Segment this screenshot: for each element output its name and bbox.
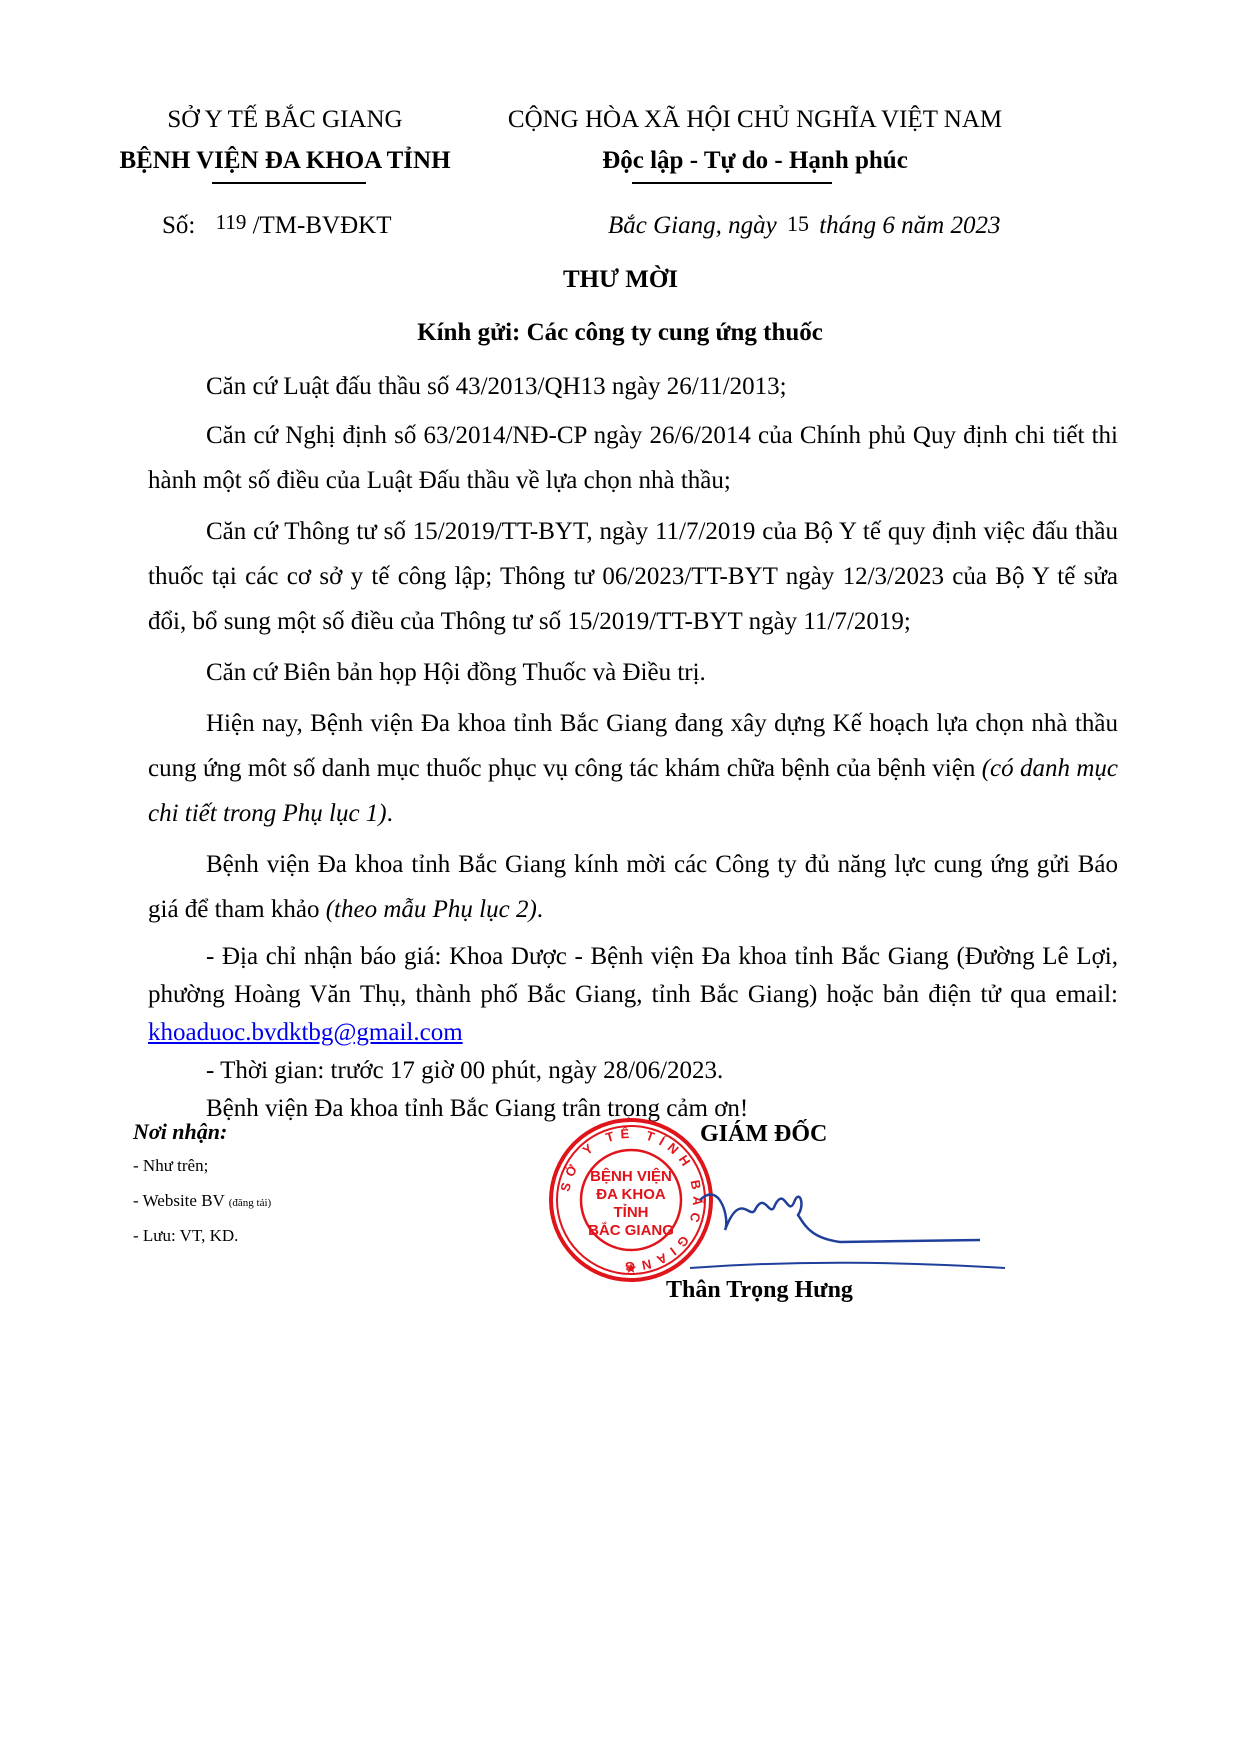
recipient-item: - Lưu: VT, KD. [133,1226,238,1246]
recipient-item: - Như trên; [133,1156,208,1176]
document-body: Căn cứ Luật đấu thầu số 43/2013/QH13 ngà… [148,364,1118,1128]
department-name: SỞ Y TẾ BẮC GIANG [110,106,460,134]
signer-name: Thân Trọng Hưng [666,1277,853,1304]
recipients-heading: Nơi nhận: [133,1119,227,1145]
svg-text:BẮC GIANG: BẮC GIANG [588,1221,674,1239]
recipient-item: - Website BV (đăng tải) [133,1191,271,1211]
document-date: Bắc Giang, ngày 15 tháng 6 năm 2023 [608,212,1000,240]
paragraph-address: - Địa chỉ nhận báo giá: Khoa Dược - Bệnh… [148,938,1118,1052]
national-motto: Độc lập - Tự do - Hạnh phúc [480,147,1030,175]
paragraph-legal-basis-2: Căn cứ Nghị định số 63/2014/NĐ-CP ngày 2… [148,413,1118,503]
document-number: Số: 119 /TM-BVĐKT [162,212,391,240]
country-name: CỘNG HÒA XÃ HỘI CHỦ NGHĨA VIỆT NAM [480,106,1030,134]
hospital-underline [212,182,366,184]
paragraph-legal-basis-3: Căn cứ Thông tư số 15/2019/TT-BYT, ngày … [148,509,1118,644]
svg-text:★: ★ [625,1262,638,1277]
recipient-line: Kính gửi: Các công ty cung ứng thuốc [100,319,1140,347]
paragraph-invitation: Bệnh viện Đa khoa tỉnh Bắc Giang kính mờ… [148,842,1118,932]
paragraph-legal-basis-4: Căn cứ Biên bản họp Hội đồng Thuốc và Đi… [148,650,1118,695]
paragraph-deadline: - Thời gian: trước 17 giờ 00 phút, ngày … [148,1052,1118,1090]
motto-underline [632,182,832,184]
svg-text:ĐA KHOA: ĐA KHOA [596,1186,666,1203]
svg-text:BỆNH VIỆN: BỆNH VIỆN [590,1167,672,1185]
signer-position: GIÁM ĐỐC [700,1121,827,1148]
signature-scribble-icon [680,1160,1010,1280]
svg-text:TỈNH: TỈNH [614,1204,649,1221]
hospital-name: BỆNH VIỆN ĐA KHOA TỈNH [100,147,470,175]
paragraph-legal-basis-1: Căn cứ Luật đấu thầu số 43/2013/QH13 ngà… [148,364,1118,409]
paragraph-announcement: Hiện nay, Bệnh viện Đa khoa tỉnh Bắc Gia… [148,701,1118,836]
document-title: THƯ MỜI [0,266,1241,294]
email-link[interactable]: khoaduoc.bvdktbg@gmail.com [148,1019,463,1046]
